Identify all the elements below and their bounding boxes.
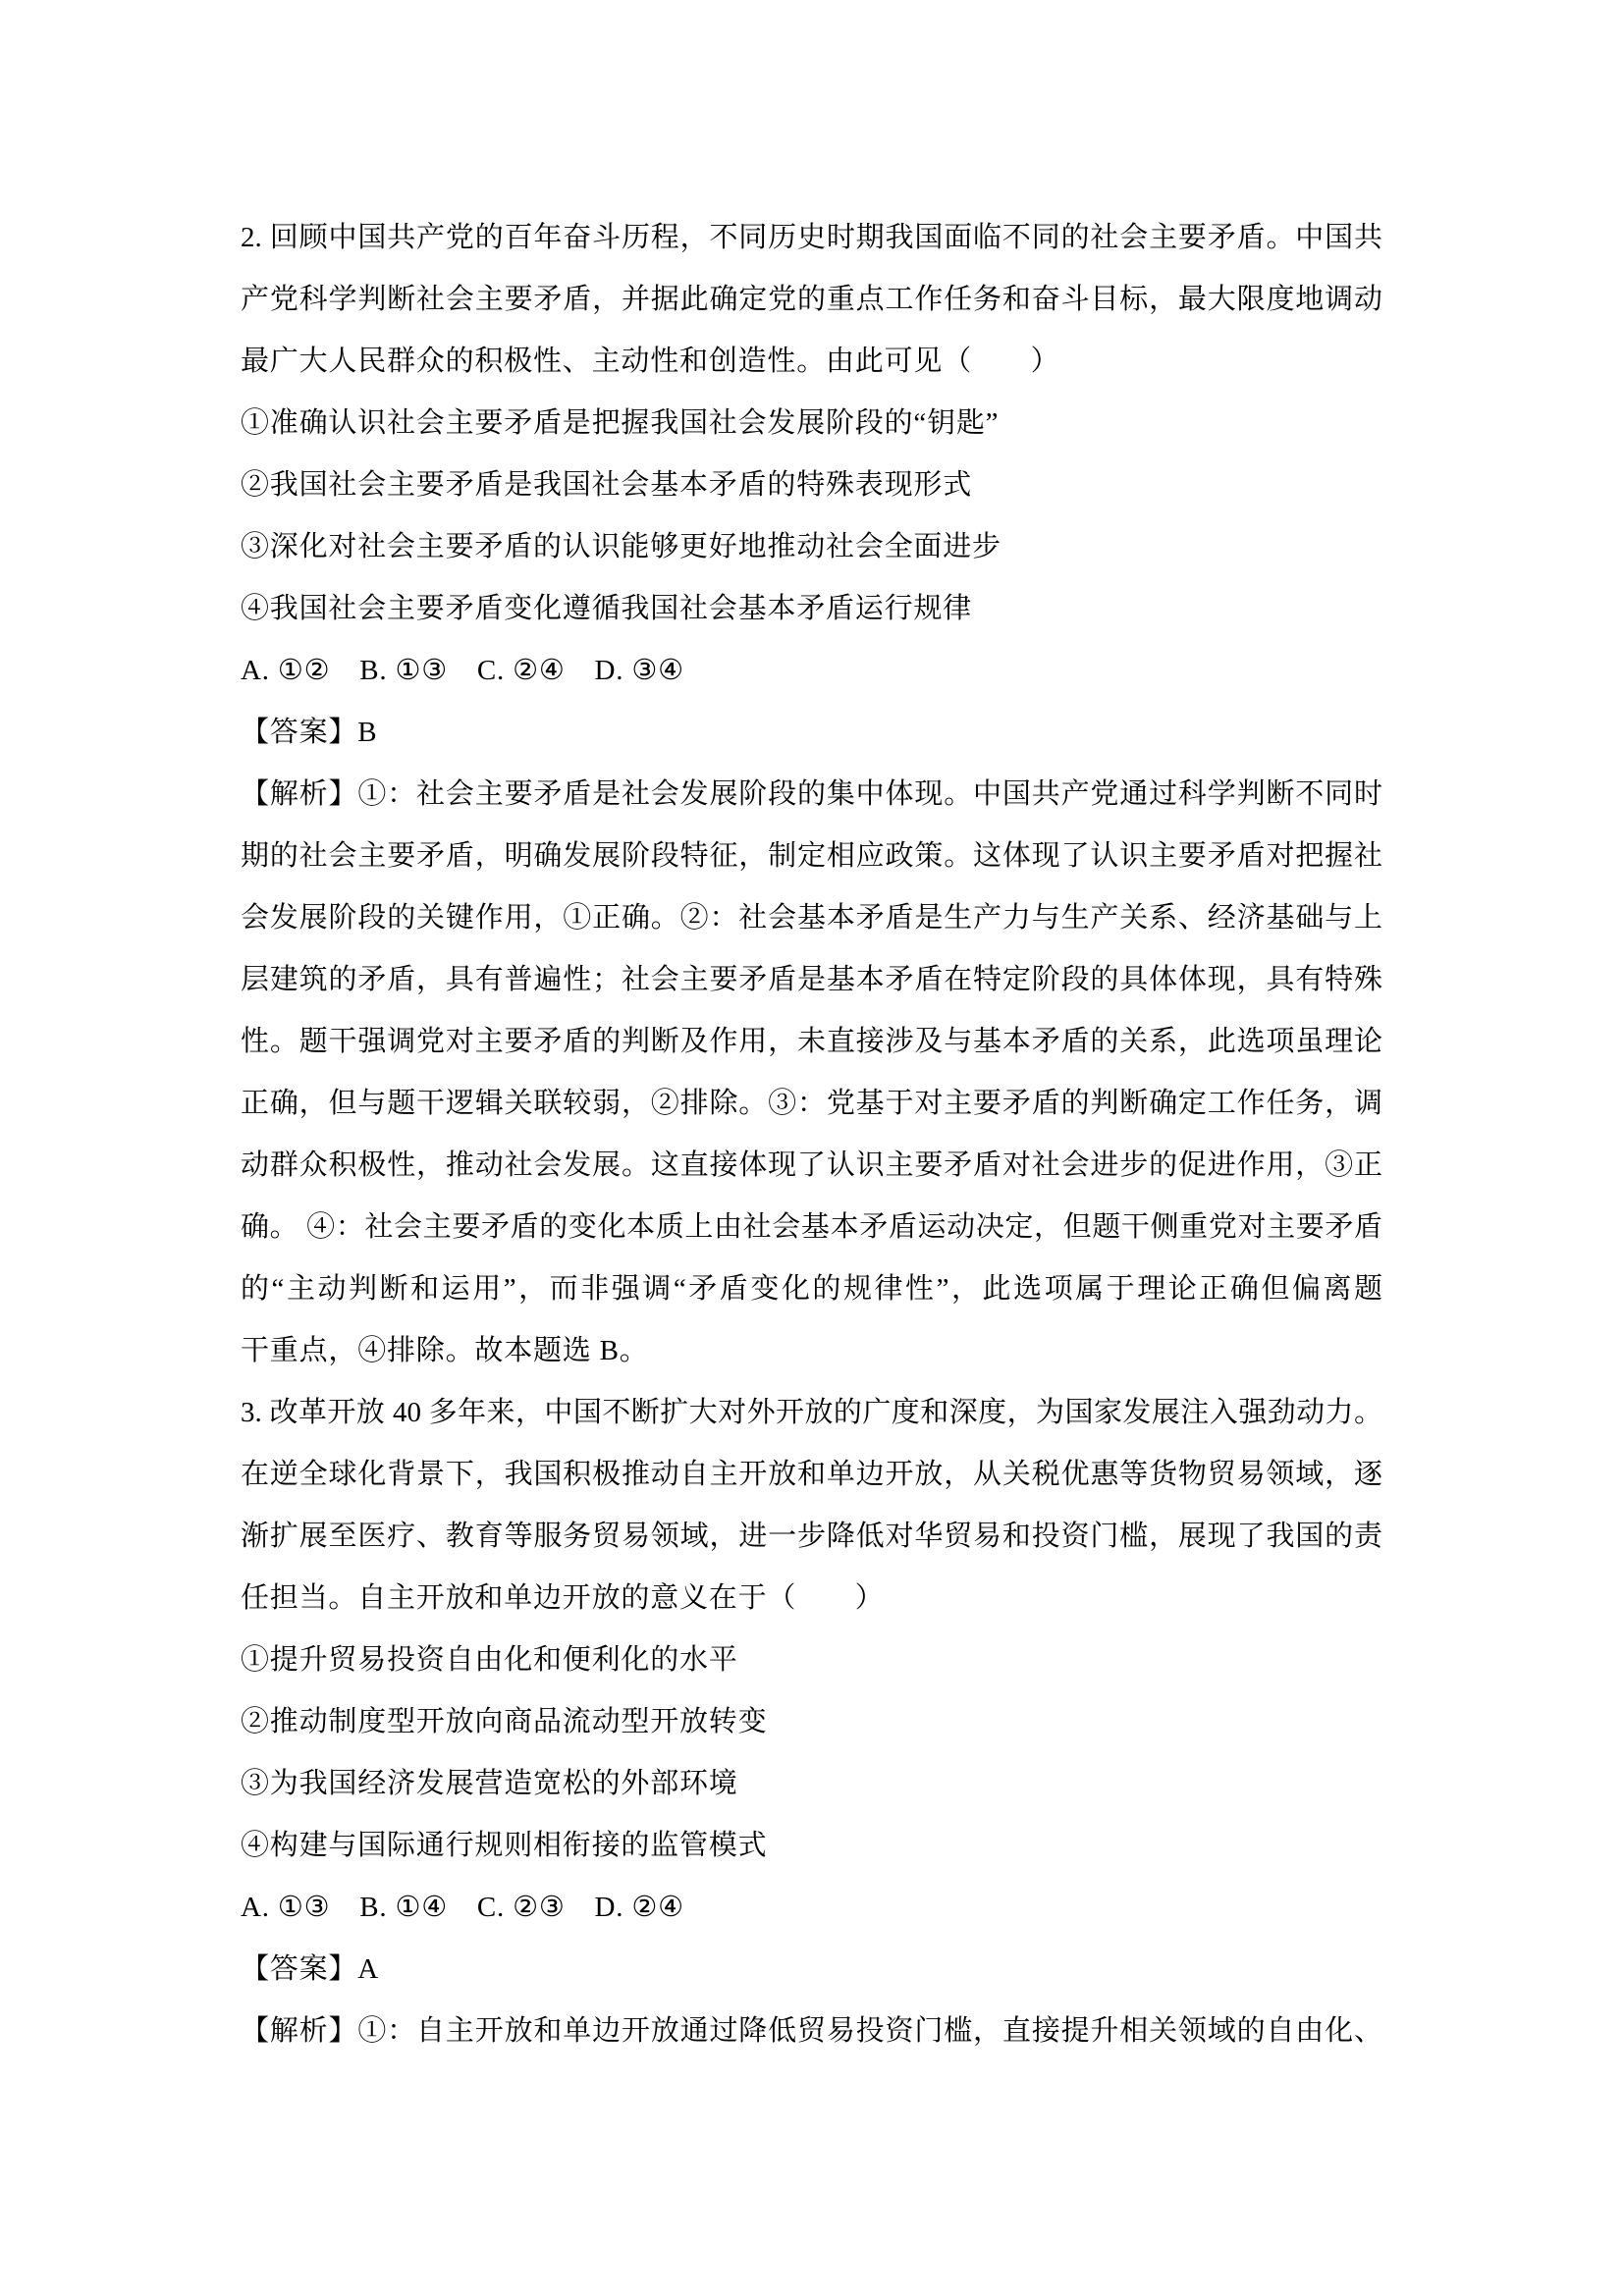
question-2-answer: 【答案】B	[241, 702, 1382, 764]
question-2-stem-line-1: 2. 回顾中国共产党的百年奋斗历程，不同历史时期我国面临不同的社会主要矛盾。中国…	[241, 207, 1382, 269]
question-2-analysis-line-6: 正确，但与题干逻辑关联较弱，②排除。③：党基于对主要矛盾的判断确定工作任务，调	[241, 1073, 1382, 1135]
question-3-stem-line-1: 3. 改革开放 40 多年来，中国不断扩大对外开放的广度和深度，为国家发展注入强…	[241, 1382, 1382, 1444]
question-3-option-2: ②推动制度型开放向商品流动型开放转变	[241, 1691, 1382, 1753]
question-2-option-2: ②我国社会主要矛盾是我国社会基本矛盾的特殊表现形式	[241, 454, 1382, 516]
question-3: 3. 改革开放 40 多年来，中国不断扩大对外开放的广度和深度，为国家发展注入强…	[241, 1382, 1382, 2062]
document-page: 2. 回顾中国共产党的百年奋斗历程，不同历史时期我国面临不同的社会主要矛盾。中国…	[0, 0, 1624, 2296]
question-2-analysis-line-8: 确。 ④：社会主要矛盾的变化本质上由社会基本矛盾运动决定，但题干侧重党对主要矛盾	[241, 1197, 1382, 1258]
question-2-choices: A. ①② B. ①③ C. ②④ D. ③④	[241, 640, 1382, 702]
question-2-analysis-line-3: 会发展阶段的关键作用，①正确。②：社会基本矛盾是生产力与生产关系、经济基础与上	[241, 887, 1382, 949]
question-2-analysis-line-4: 层建筑的矛盾，具有普遍性；社会主要矛盾是基本矛盾在特定阶段的具体体现，具有特殊	[241, 949, 1382, 1011]
question-3-stem-line-4: 任担当。自主开放和单边开放的意义在于（ ）	[241, 1568, 1382, 1629]
question-2-analysis-line-1: 【解析】①：社会主要矛盾是社会发展阶段的集中体现。中国共产党通过科学判断不同时	[241, 764, 1382, 826]
question-3-stem-line-3: 渐扩展至医疗、教育等服务贸易领域，进一步降低对华贸易和投资门槛，展现了我国的责	[241, 1506, 1382, 1568]
question-2-analysis-line-9: 的“主动判断和运用”，而非强调“矛盾变化的规律性”，此选项属于理论正确但偏离题	[241, 1258, 1382, 1320]
page-text-content: 2. 回顾中国共产党的百年奋斗历程，不同历史时期我国面临不同的社会主要矛盾。中国…	[241, 207, 1382, 2062]
question-3-option-3: ③为我国经济发展营造宽松的外部环境	[241, 1753, 1382, 1815]
question-3-option-1: ①提升贸易投资自由化和便利化的水平	[241, 1629, 1382, 1691]
question-2-option-3: ③深化对社会主要矛盾的认识能够更好地推动社会全面进步	[241, 516, 1382, 578]
question-2-stem-line-2: 产党科学判断社会主要矛盾，并据此确定党的重点工作任务和奋斗目标，最大限度地调动	[241, 269, 1382, 331]
question-2-analysis-line-7: 动群众积极性，推动社会发展。这直接体现了认识主要矛盾对社会进步的促进作用，③正	[241, 1135, 1382, 1197]
question-3-analysis-line-1: 【解析】①：自主开放和单边开放通过降低贸易投资门槛，直接提升相关领域的自由化、	[241, 2001, 1382, 2062]
question-3-answer: 【答案】A	[241, 1939, 1382, 2001]
question-2-option-4: ④我国社会主要矛盾变化遵循我国社会基本矛盾运行规律	[241, 578, 1382, 640]
question-3-option-4: ④构建与国际通行规则相衔接的监管模式	[241, 1815, 1382, 1877]
question-2: 2. 回顾中国共产党的百年奋斗历程，不同历史时期我国面临不同的社会主要矛盾。中国…	[241, 207, 1382, 1382]
question-2-analysis-line-5: 性。题干强调党对主要矛盾的判断及作用，未直接涉及与基本矛盾的关系，此选项虽理论	[241, 1011, 1382, 1073]
question-2-option-1: ①准确认识社会主要矛盾是把握我国社会发展阶段的“钥匙”	[241, 393, 1382, 454]
question-2-analysis-line-2: 期的社会主要矛盾，明确发展阶段特征，制定相应政策。这体现了认识主要矛盾对把握社	[241, 826, 1382, 887]
question-2-stem-line-3: 最广大人民群众的积极性、主动性和创造性。由此可见（ ）	[241, 331, 1382, 393]
question-3-stem-line-2: 在逆全球化背景下，我国积极推动自主开放和单边开放，从关税优惠等货物贸易领域，逐	[241, 1444, 1382, 1506]
question-2-analysis-line-10: 干重点，④排除。故本题选 B。	[241, 1320, 1382, 1382]
question-3-choices: A. ①③ B. ①④ C. ②③ D. ②④	[241, 1877, 1382, 1939]
